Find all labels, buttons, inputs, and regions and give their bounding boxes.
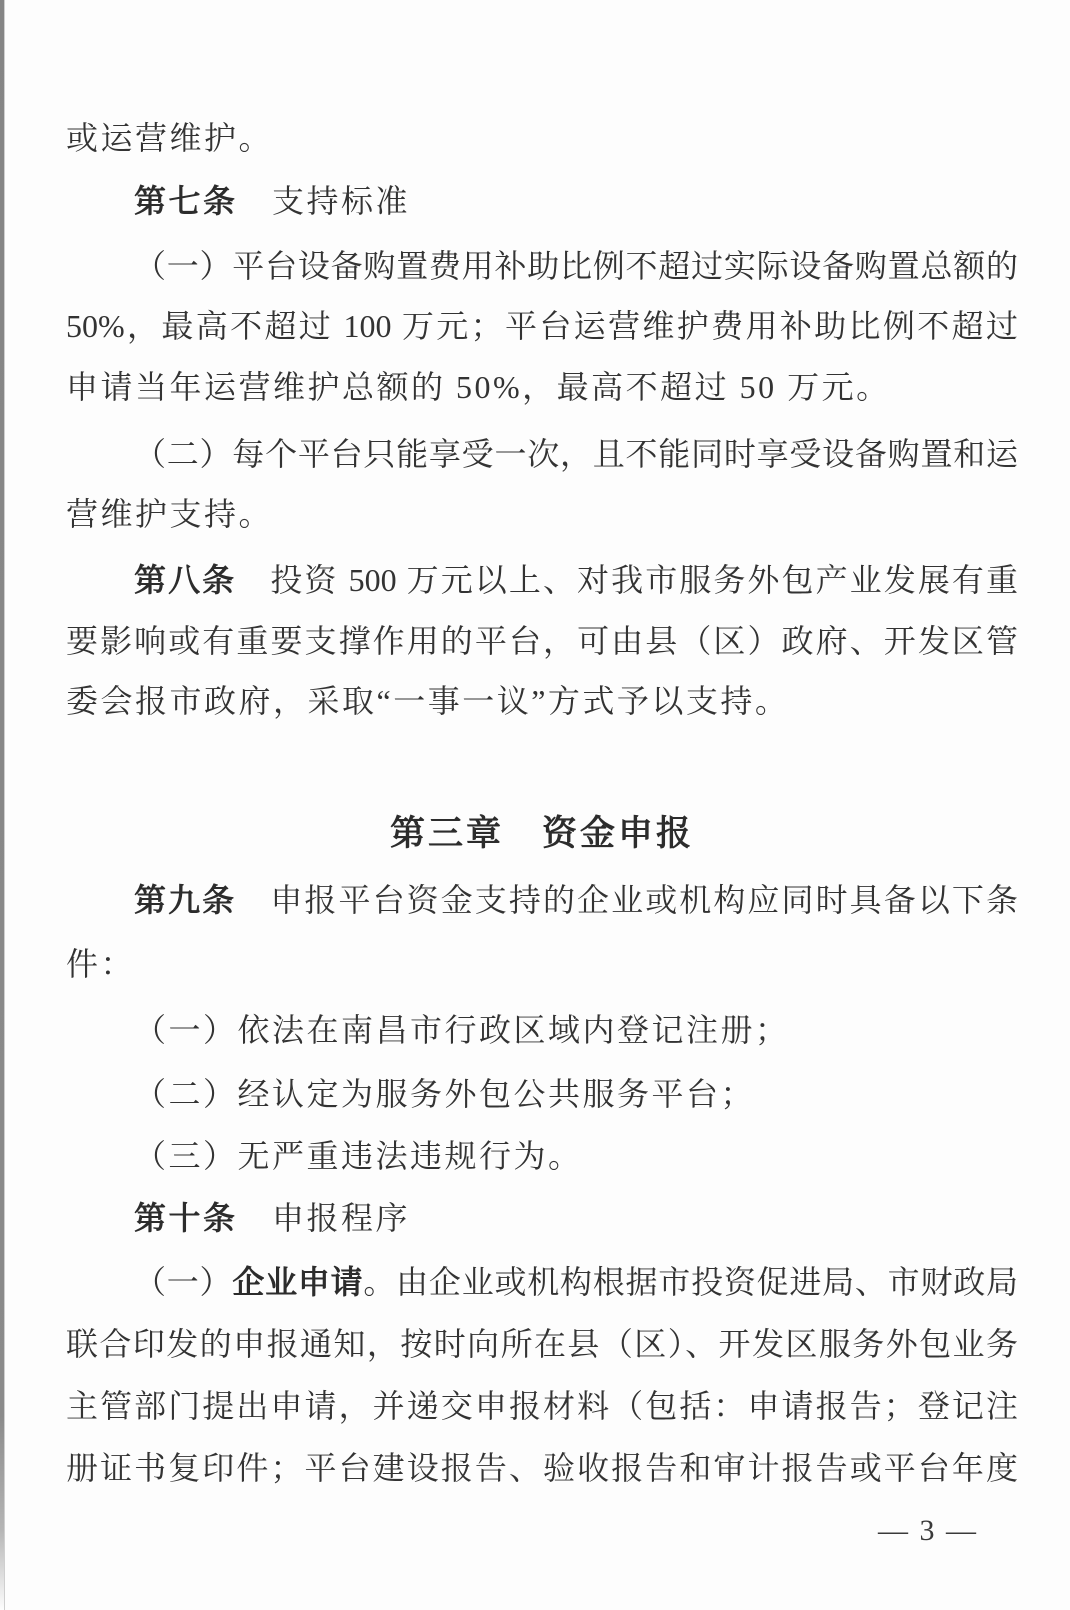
- document-body: 或运营维护。第七条 支持标准（一）平台设备购置费用补助比例不超过实际设备购置总额…: [0, 0, 1070, 1610]
- text-segment: 申请当年运营维护总额的 50%，最高不超过 50 万元。: [66, 369, 891, 405]
- text-line: 委会报市政府，采取“一事一议”方式予以支持。: [66, 681, 789, 721]
- text-line: （二）经认定为服务外包公共服务平台；: [134, 1074, 755, 1114]
- text-line: 要影响或有重要支撑作用的平台，可由县（区）政府、开发区管: [66, 621, 1018, 661]
- text-line: 50%，最高不超过 100 万元；平台运营维护费用补助比例不超过: [66, 306, 1018, 346]
- bold-text-segment: 第九条: [134, 882, 236, 918]
- text-line: 主管部门提出申请，并递交申报材料（包括：申请报告；登记注: [66, 1386, 1018, 1426]
- text-line: 件：: [66, 944, 135, 984]
- text-line: 营维护支持。: [66, 494, 273, 534]
- text-segment: 支持标准: [238, 183, 411, 219]
- chapter-heading: 第三章 资金申报: [66, 814, 1018, 854]
- bold-text-segment: 第十条: [134, 1200, 238, 1236]
- text-segment: （一）: [134, 1264, 232, 1300]
- text-segment: （三）无严重违法违规行为。: [134, 1138, 583, 1174]
- text-line: （三）无严重违法违规行为。: [134, 1136, 583, 1176]
- text-segment: 委会报市政府，采取“一事一议”方式予以支持。: [66, 683, 789, 719]
- text-segment: 册证书复印件；平台建设报告、验收报告和审计报告或平台年度: [66, 1450, 1018, 1486]
- text-line: 申请当年运营维护总额的 50%，最高不超过 50 万元。: [66, 367, 891, 407]
- text-segment: 件：: [66, 946, 135, 982]
- text-segment: 营维护支持。: [66, 496, 273, 532]
- text-line: （一）平台设备购置费用补助比例不超过实际设备购置总额的: [134, 246, 1018, 286]
- text-line: （一）企业申请。由企业或机构根据市投资促进局、市财政局: [134, 1262, 1018, 1302]
- bold-text-segment: 第八条: [134, 562, 236, 598]
- text-segment: （二）每个平台只能享受一次，且不能同时享受设备购置和运: [134, 436, 1018, 472]
- text-segment: 50%，最高不超过 100 万元；平台运营维护费用补助比例不超过: [66, 308, 1018, 344]
- bold-text-segment: 第七条: [134, 183, 238, 219]
- text-segment: 。由企业或机构根据市投资促进局、市财政局: [363, 1264, 1018, 1300]
- bold-text-segment: 第三章 资金申报: [390, 814, 694, 853]
- article-8-paragraph: 第八条 投资 500 万元以上、对我市服务外包产业发展有重: [134, 560, 1018, 600]
- article-9-paragraph: 第九条 申报平台资金支持的企业或机构应同时具备以下条: [134, 880, 1018, 920]
- bold-text-segment: 企业申请: [232, 1264, 363, 1300]
- text-segment: 申报平台资金支持的企业或机构应同时具备以下条: [236, 882, 1018, 918]
- text-line: （一）依法在南昌市行政区域内登记注册；: [134, 1010, 790, 1050]
- text-segment: 要影响或有重要支撑作用的平台，可由县（区）政府、开发区管: [66, 623, 1018, 659]
- text-segment: 申报程序: [238, 1200, 411, 1236]
- text-segment: （二）经认定为服务外包公共服务平台；: [134, 1076, 755, 1112]
- text-line: （二）每个平台只能享受一次，且不能同时享受设备购置和运: [134, 434, 1018, 474]
- text-line: 册证书复印件；平台建设报告、验收报告和审计报告或平台年度: [66, 1448, 1018, 1488]
- document-page: 或运营维护。第七条 支持标准（一）平台设备购置费用补助比例不超过实际设备购置总额…: [0, 0, 1070, 1610]
- text-segment: 联合印发的申报通知，按时向所在县（区）、开发区服务外包业务: [66, 1326, 1018, 1362]
- page-number: — 3 —: [878, 1514, 978, 1548]
- article-7-heading: 第七条 支持标准: [134, 181, 410, 221]
- text-segment: （一）平台设备购置费用补助比例不超过实际设备购置总额的: [134, 248, 1018, 284]
- text-line: 联合印发的申报通知，按时向所在县（区）、开发区服务外包业务: [66, 1324, 1018, 1364]
- text-segment: （一）依法在南昌市行政区域内登记注册；: [134, 1012, 790, 1048]
- text-segment: 主管部门提出申请，并递交申报材料（包括：申请报告；登记注: [66, 1388, 1018, 1424]
- text-line: 或运营维护。: [66, 118, 273, 158]
- text-segment: 或运营维护。: [66, 120, 273, 156]
- text-segment: 投资 500 万元以上、对我市服务外包产业发展有重: [236, 562, 1018, 598]
- article-10-heading: 第十条 申报程序: [134, 1198, 410, 1238]
